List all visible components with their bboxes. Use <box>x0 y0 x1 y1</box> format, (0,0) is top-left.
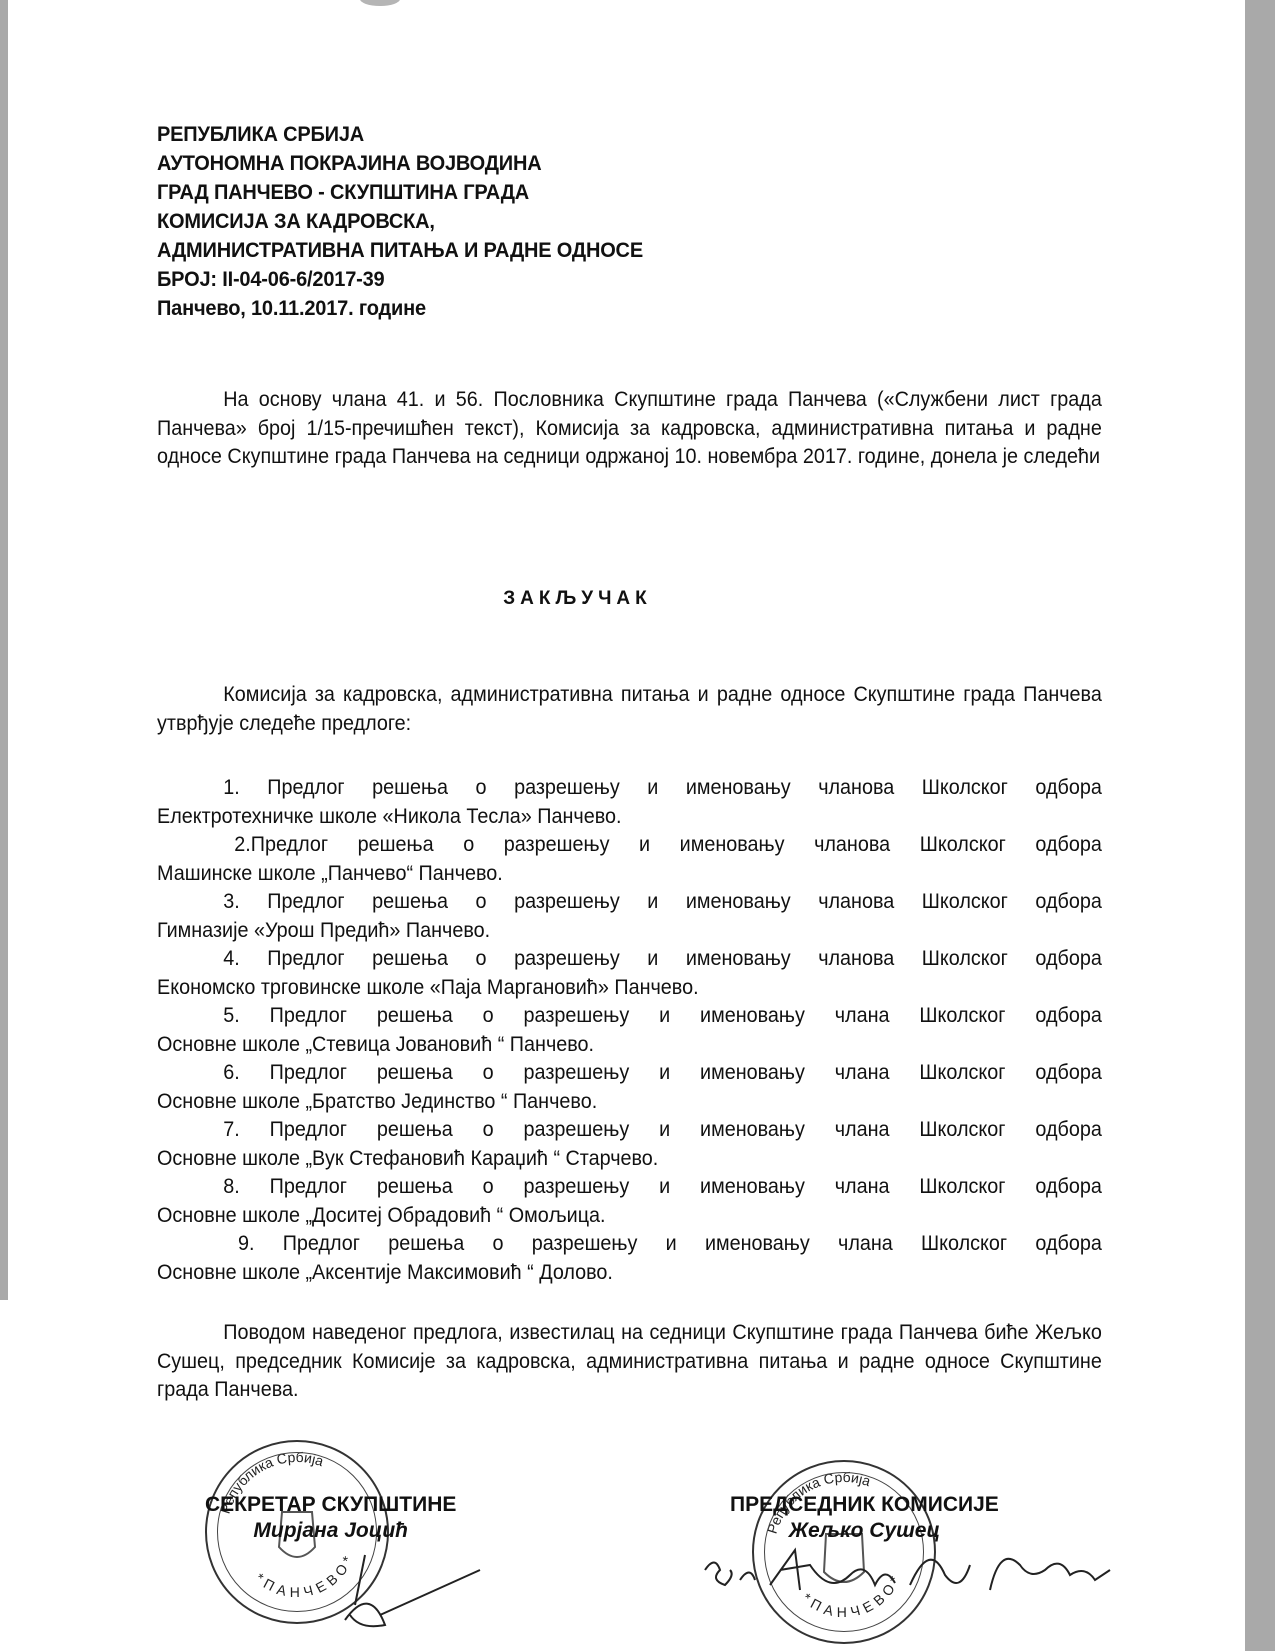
secretary-role: СЕКРЕТАР СКУПШТИНЕ <box>205 1492 456 1518</box>
secretary-handwritten-signature-icon <box>340 1545 490 1635</box>
document-title: ЗАКЉУЧАК <box>0 588 1275 610</box>
proposals-list: 1. Предлог решења о разрешењу и именовањ… <box>157 773 1102 1286</box>
president-role: ПРЕДСЕДНИК КОМИСИЈЕ <box>730 1492 999 1518</box>
header-line-republic: РЕПУБЛИКА СРБИЈА <box>157 120 1036 149</box>
header-line-province: АУТОНОМНА ПОКРАЈИНА ВОЈВОДИНА <box>157 149 1036 178</box>
intro-text: На основу члана 41. и 56. Пословника Ску… <box>157 385 1102 471</box>
list-item: 6. Предлог решења о разрешењу и именовањ… <box>157 1058 1102 1115</box>
list-item: 1. Предлог решења о разрешењу и именовањ… <box>157 773 1102 830</box>
closing-text: Поводом наведеног предлога, известилац н… <box>157 1318 1102 1404</box>
list-item: 3. Предлог решења о разрешењу и именовањ… <box>157 887 1102 944</box>
secretary-name: Мирјана Јоцић <box>205 1518 456 1544</box>
header-line-city: ГРАД ПАНЧЕВО - СКУПШТИНА ГРАДА <box>157 178 1036 207</box>
document-header: РЕПУБЛИКА СРБИЈА АУТОНОМНА ПОКРАЈИНА ВОЈ… <box>157 120 1036 323</box>
president-handwritten-signature-icon <box>700 1535 1150 1615</box>
scan-edge-right <box>1245 0 1275 1651</box>
secretary-signature-block: СЕКРЕТАР СКУПШТИНЕ Мирјана Јоцић <box>205 1492 456 1544</box>
scan-edge-left <box>0 0 8 1300</box>
header-line-number: БРОЈ: II-04-06-6/2017-39 <box>157 265 1036 294</box>
list-item: 4. Предлог решења о разрешењу и именовањ… <box>157 944 1102 1001</box>
header-line-date: Панчево, 10.11.2017. године <box>157 294 1036 323</box>
list-item: 9. Предлог решења о разрешењу и именовањ… <box>157 1229 1102 1286</box>
header-line-commission: КОМИСИЈА ЗА КАДРОВСКА, <box>157 207 1036 236</box>
list-item: 2.Предлог решења о разрешењу и именовању… <box>157 830 1102 887</box>
list-item: 8. Предлог решења о разрешењу и именовањ… <box>157 1172 1102 1229</box>
scan-smudge <box>360 0 400 6</box>
header-line-commission-cont: АДМИНИСТРАТИВНА ПИТАЊА И РАДНЕ ОДНОСЕ <box>157 236 1036 265</box>
list-item: 7. Предлог решења о разрешењу и именовањ… <box>157 1115 1102 1172</box>
commission-paragraph: Комисија за кадровска, административна п… <box>157 680 1102 737</box>
title-text: ЗАКЉУЧАК <box>503 588 652 610</box>
commission-text: Комисија за кадровска, административна п… <box>157 680 1102 737</box>
list-item: 5. Предлог решења о разрешењу и именовањ… <box>157 1001 1102 1058</box>
closing-paragraph: Поводом наведеног предлога, известилац н… <box>157 1318 1102 1404</box>
intro-paragraph: На основу члана 41. и 56. Пословника Ску… <box>157 385 1102 471</box>
